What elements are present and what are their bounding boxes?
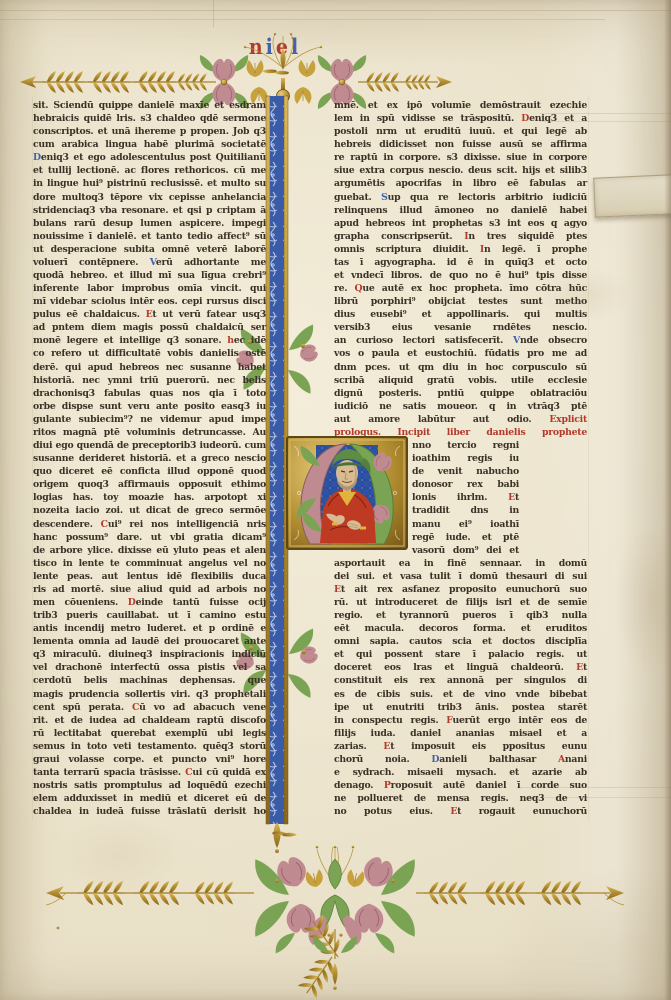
- text-line: re. Que autē ex hoc propheta. īmo cōtra …: [334, 283, 587, 295]
- text-segment: roposuit autē daniel ī corde suo: [391, 780, 587, 791]
- text-segment: semus in toto veti testamento. quēq3 sto…: [33, 741, 266, 752]
- text-segment: dore multoq3 tēpore vix cepisse anhelanc…: [33, 192, 266, 203]
- text-segment: grapha conscripserūt.: [334, 231, 464, 242]
- text-line: apud hebreos int prophetas s3 int eos q …: [334, 218, 587, 230]
- text-segment: et tullij lectionē. ac flores rethoricos…: [33, 165, 266, 176]
- rule-line: [0, 10, 671, 11]
- text-line: nostris satis promptulus ad loquēdū ezec…: [33, 780, 266, 792]
- text-line: susanne derideret historiā. et a greco n…: [33, 453, 266, 465]
- text-segment: cent spū perata.: [33, 702, 132, 713]
- text-segment: rū lectitabat querebat exemplū ubi legis: [33, 728, 266, 739]
- text-segment: dnm pces. ut qm diu in hoc corpusculo sū: [334, 362, 587, 373]
- text-segment: bulans rarū desup lumen aspicere. impegi: [33, 218, 266, 229]
- text-line: de arbore ylice. dixisse eū yluto peas e…: [33, 545, 266, 557]
- text-segment: guebat.: [334, 192, 381, 203]
- text-line: stridenciaq3 vba resonare. et qsi p crip…: [33, 205, 266, 217]
- text-segment: up qua re lectoris arbitrio iudiciū: [388, 192, 587, 203]
- text-line: Et ait rex asfanez proposito eunuchorū s…: [334, 584, 587, 596]
- text-segment: hebreis didicisset non fuisse ausū se af…: [334, 139, 587, 150]
- text-line: tas ī agyographa. id ē in quīq3 et octo: [334, 257, 587, 269]
- text-segment: n legē. ī prophe: [484, 244, 587, 255]
- colored-initial: D: [521, 113, 529, 124]
- text-segment: orbe dispse sunt veru ante posito easq3 …: [33, 401, 266, 412]
- text-line: hanc possum⁹ dare. ut vbi gratia dicam⁹: [33, 532, 266, 544]
- text-line: mnē. et ex ipō volumīe demōstrauit ezech…: [334, 100, 587, 112]
- text-line: elem adduxisset in mediū et diceret eū d…: [33, 793, 266, 805]
- text-line: re raptū in corpore. s3 dixisse. siue in…: [334, 152, 587, 164]
- text-line: vos o paula et eustochiū. fūdatis pro me…: [334, 348, 587, 360]
- text-segment: hebraicis quidē lris. s3 chaldeo qdē ser…: [33, 113, 266, 124]
- text-line: in conspectu regis. Fuerūt ergo intēr eo…: [334, 715, 587, 727]
- text-line: constituit eis rex annonā per singulos d…: [334, 675, 587, 687]
- text-segment: ritos magnā ptē voluminis detruncasse. A…: [33, 427, 266, 438]
- text-segment: mī videbar sciolus intēr eos. cepi rursu…: [33, 296, 266, 307]
- text-segment: versib3 eius vesanie rndētes nescio.: [334, 322, 587, 333]
- text-segment: elem adduxisset in mediū et diceret eū d…: [33, 793, 266, 804]
- text-line: in lingue hui⁹ pistrinū reclusissē. et m…: [33, 178, 266, 190]
- text-line: trib3 pueris cauillabat. ut ī camino est…: [33, 610, 266, 622]
- text-segment: tas ī agyographa. id ē in quīq3 et octo: [334, 257, 587, 268]
- text-segment: tisco in lente te comminuat angelus vel …: [33, 558, 266, 569]
- text-segment: tanta terrarū spacia trāsisse.: [33, 767, 185, 778]
- text-line: postoli nrm ut eruditū iuuū. et qui legē…: [334, 126, 587, 138]
- text-segment: nostris satis promptulus ad loquēdū ezec…: [33, 780, 266, 791]
- colored-initial: A: [558, 754, 565, 765]
- text-segment: relinquens illud āmoneo no danielē habei: [334, 205, 587, 216]
- text-line: denago. Proposuit autē daniel ī corde su…: [334, 780, 587, 792]
- text-segment: antis incendij metro luderet. et p ordin…: [33, 623, 266, 634]
- text-line: an curioso lectori satisfecerīt. Vnde ob…: [334, 335, 587, 347]
- page-right-edge: [664, 0, 671, 1000]
- text-segment: voluerī contēpnere.: [33, 257, 150, 268]
- text-line: dignū posteris. pntiū quippe oblatraciōu: [334, 388, 587, 400]
- text-segment: men cōueniens.: [33, 597, 128, 608]
- text-line: librū porphiri⁹ obijciat testes sunt met…: [334, 296, 587, 308]
- colored-initial: D: [128, 597, 136, 608]
- left-text-column: sit. Sciendū quippe danielē maxīe et esd…: [33, 100, 266, 818]
- colored-initial: Explicit: [549, 414, 587, 425]
- text-line: cerdotū belis machinas dephensas. que: [33, 675, 266, 687]
- text-segment: einde tantū fuisse ocij: [136, 597, 266, 608]
- text-segment: erū adhortante me: [156, 257, 266, 268]
- text-segment: ioathim regis iu: [412, 453, 519, 464]
- text-segment: lementa omnia ad laudē dei prouocaret an…: [33, 636, 266, 647]
- text-segment: nozeita iacio zoi. ut dicat de greco ser…: [33, 505, 266, 516]
- text-segment: chaldea in iudeā fuisse trāslatū derisit…: [33, 806, 266, 817]
- text-segment: logias has. toy moazie has. arpotopt xi: [33, 492, 266, 503]
- text-line: bulans rarū desup lumen aspicere. impegi: [33, 218, 266, 230]
- text-line: logias has. toy moazie has. arpotopt xi: [33, 492, 266, 504]
- text-segment: et vndecī libros. de quo no ē hui⁹ tpis …: [334, 270, 587, 281]
- text-segment: librū porphiri⁹ obijciat testes sunt met…: [334, 296, 587, 307]
- colored-initial: D: [33, 152, 41, 163]
- text-segment: dei sui. et vasa tulit ī domū thesauri d…: [334, 571, 587, 582]
- text-segment: rū. ut introduceret de filijs isrl et de…: [334, 597, 587, 608]
- text-line: et vndecī libros. de quo no ē hui⁹ tpis …: [334, 270, 587, 282]
- text-segment: magis prudencia sollertis viri. q3 proph…: [33, 689, 266, 700]
- text-segment: dius eusebi⁹ et appollinaris. qui multis: [334, 309, 587, 320]
- text-line: derē. qui apud hebreos nec susanne habet: [33, 362, 266, 374]
- text-line: chorū noia. Danieli balthasar Anani: [334, 754, 587, 766]
- text-segment: tradidit dns in: [412, 505, 519, 516]
- text-line: historiā. nec ymni triū puerorū. nec bel…: [33, 375, 266, 387]
- text-line: regio. et tyrannorū pueros ī qib3 nulla: [334, 610, 587, 622]
- text-segment: ui cū quidā ex: [192, 767, 266, 778]
- text-line: rū. ut introduceret de filijs isrl et de…: [334, 597, 587, 609]
- text-segment: t ait rex asfanez proposito eunuchorū su…: [341, 584, 587, 595]
- text-line: ne pollueret de mensa regis. neq3 de vi: [334, 793, 587, 805]
- text-segment: anieli balthasar: [439, 754, 558, 765]
- rule-line: [0, 19, 605, 20]
- text-segment: ui⁹ rei nos intelligenciā nris: [108, 519, 266, 530]
- text-segment: ne pollueret de mensa regis. neq3 de vi: [334, 793, 587, 804]
- text-segment: zarias.: [334, 741, 383, 752]
- text-line: asportauit ea in finē sennaar. in domū: [334, 558, 587, 570]
- text-line: rū lectitabat querebat exemplū ubi legis: [33, 728, 266, 740]
- colored-initial: E: [508, 492, 515, 503]
- text-line: ritos magnā ptē voluminis detruncasse. A…: [33, 427, 266, 439]
- text-segment: lem in spū vidisse se trāspositū.: [334, 113, 521, 124]
- text-line: omni sapia. cautos scia et doctos discip…: [334, 636, 587, 648]
- text-segment: derē. qui apud hebreos nec susanne habet: [33, 362, 266, 373]
- gold-arrow-right: [436, 76, 452, 88]
- text-line: ipe ut enutriti trib3 ānis. postea starē…: [334, 702, 587, 714]
- text-segment: t: [515, 492, 519, 503]
- text-line: descendere. Cui⁹ rei nos intelligenciā n…: [33, 519, 266, 531]
- text-line: omnis scriptura diuidit. In legē. ī prop…: [334, 244, 587, 256]
- text-segment: scribā aliquid gratū vobis. utile eccles…: [334, 375, 587, 386]
- text-line: et tullij lectionē. ac flores rethoricos…: [33, 165, 266, 177]
- bottom-foliate-ornament: [22, 838, 648, 998]
- text-segment: graui volasse corpe. et puncto vni⁹ hore: [33, 754, 266, 765]
- text-segment: nani: [565, 754, 587, 765]
- text-line: hebreis didicisset non fuisse ausū se af…: [334, 139, 587, 151]
- text-line: conscriptos. et unā ihereme p propen. Jo…: [33, 126, 266, 138]
- text-line: sit. Sciendū quippe danielē maxīe et esd…: [33, 100, 266, 112]
- text-segment: aut amore labūtur aut odio.: [334, 414, 549, 425]
- text-segment: vasorū dom⁹ dei et: [412, 545, 519, 556]
- text-segment: t: [583, 662, 587, 673]
- text-line: drachonisq3 fabulas quas nos qia ī toto: [33, 388, 266, 400]
- text-line: cum arabica lingua habē plurimā societat…: [33, 139, 266, 151]
- text-segment: re.: [334, 283, 355, 294]
- text-segment: ipe ut enutriti trib3 ānis. postea starē…: [334, 702, 587, 713]
- text-segment: t rogauit eunuchorū: [457, 806, 587, 817]
- text-segment: ut desperacione subita omnē veterē labor…: [33, 244, 266, 255]
- text-segment: eniq3 et a: [529, 113, 587, 124]
- text-segment: q3 miraculū. diuineq3 inspiracionis indi…: [33, 649, 266, 660]
- text-segment: t ut verū fatear usq3: [152, 309, 266, 320]
- text-segment: quo diceret eē conficta illud opponē quo…: [33, 466, 266, 477]
- text-segment: vos o paula et eustochiū. fūdatis pro me…: [334, 348, 587, 359]
- text-segment: et qui possent stare ī palacio regis. ut: [334, 649, 587, 660]
- text-segment: filijs iuda. daniel ananias misael et a: [334, 728, 587, 739]
- text-segment: constituit eis rex annonā per singulos d…: [334, 675, 587, 686]
- text-segment: dignū posteris. pntiū quippe oblatraciōu: [334, 388, 587, 399]
- text-segment: quodā hebreo. et illud mī sua līgua creb…: [33, 270, 266, 281]
- text-segment: regio. et tyrannorū pueros ī qib3 nulla: [334, 610, 587, 621]
- text-segment: cerdotū belis machinas dephensas. que: [33, 675, 266, 686]
- text-segment: gulante subiecim⁹? ne videmur apud impe: [33, 414, 266, 425]
- text-segment: es de cibis suis. et de vino vnde bibeba…: [334, 689, 587, 700]
- text-line: quodā hebreo. et illud mī sua līgua creb…: [33, 270, 266, 282]
- text-line: nouissime ī danielē. et tanto tedio affe…: [33, 231, 266, 243]
- text-line: versib3 eius vesanie rndētes nescio.: [334, 322, 587, 334]
- text-line: chaldea in iudeā fuisse trāslatū derisit…: [33, 806, 266, 818]
- text-line: relinquens illud āmoneo no danielē habei: [334, 205, 587, 217]
- text-line: argumētis apocrifas in libro eē fabulas …: [334, 178, 587, 190]
- text-segment: drachonisq3 fabulas quas nos qia ī toto: [33, 388, 266, 399]
- text-line: nozeita iacio zoi. ut dicat de greco ser…: [33, 505, 266, 517]
- text-line: filijs iuda. daniel ananias misael et a: [334, 728, 587, 740]
- text-line: vel drachonē interfectū ossa pistis vel …: [33, 662, 266, 674]
- text-line: monē legere et intellige q3 sonare. hec …: [33, 335, 266, 347]
- text-segment: lente peas. aut lentus idē flexibilis du…: [33, 571, 266, 582]
- text-segment: cum arabica lingua habē plurimā societat…: [33, 139, 266, 150]
- text-segment: nde obsecro: [520, 335, 587, 346]
- text-line: lementa omnia ad laudē dei prouocaret an…: [33, 636, 266, 648]
- rule-line: [213, 0, 214, 27]
- text-segment: diui ego quendā de preceptorib3 iudeorū.…: [33, 440, 266, 451]
- text-line: men cōueniens. Deinde tantū fuisse ocij: [33, 597, 266, 609]
- text-line: aut amore labūtur aut odio. Explicit: [334, 414, 587, 426]
- text-line: no potus eius. Et rogauit eunuchorū: [334, 806, 587, 818]
- text-segment: conscriptos. et unā ihereme p propen. Jo…: [33, 126, 266, 137]
- text-line: grapha conscripserūt. In tres siquidē pt…: [334, 231, 587, 243]
- text-segment: doceret eos lras et linguā chaldeorū.: [334, 662, 576, 673]
- text-line: et qui possent stare ī palacio regis. ut: [334, 649, 587, 661]
- text-segment: ec idē: [234, 335, 266, 346]
- text-line: lem in spū vidisse se trāspositū. Deniq3…: [334, 113, 587, 125]
- text-line: zarias. Et imposuit eis ppositus eunu: [334, 741, 587, 753]
- text-segment: de arbore ylice. dixisse eū yluto peas e…: [33, 545, 266, 556]
- text-line: dius eusebi⁹ et appollinaris. qui multis: [334, 309, 587, 321]
- text-segment: vel drachonē interfectū ossa pistis vel …: [33, 662, 266, 673]
- text-segment: descendere.: [33, 519, 101, 530]
- text-segment: denago.: [334, 780, 384, 791]
- text-segment: argumētis apocrifas in libro eē fabulas …: [334, 178, 587, 189]
- text-line: doceret eos lras et linguā chaldeorū. Et: [334, 662, 587, 674]
- text-segment: an curioso lectori satisfecerīt.: [334, 335, 513, 346]
- text-segment: ue autē ex hoc propheta. īmo cōtra hūc: [362, 283, 587, 294]
- text-segment: historiā. nec ymni triū puerorū. nec bel…: [33, 375, 266, 386]
- text-line: orbe dispse sunt veru ante posito easq3 …: [33, 401, 266, 413]
- text-segment: monē legere et intellige q3 sonare.: [33, 335, 227, 346]
- text-line: lente peas. aut lentus idē flexibilis du…: [33, 571, 266, 583]
- text-line: q3 miraculū. diuineq3 inspiracionis indi…: [33, 649, 266, 661]
- text-line: quo diceret eē conficta illud opponē quo…: [33, 466, 266, 478]
- text-segment: susanne derideret historiā. et a greco n…: [33, 453, 266, 464]
- text-segment: e sydrach. misaeli mysach. et azarie ab: [334, 767, 587, 778]
- colored-initial: P: [384, 780, 391, 791]
- text-line: rit. et de iudea ad chaldeam raptū disco…: [33, 715, 266, 727]
- text-segment: no potus eius.: [334, 806, 450, 817]
- text-segment: rit. et de iudea ad chaldeam raptū disco…: [33, 715, 266, 726]
- colored-initial: C: [101, 519, 108, 530]
- text-line: inferente labor improbus omīa vincit. qu…: [33, 283, 266, 295]
- text-segment: iudiciō ne satis moueor. q in vtrāq3 ptē: [334, 401, 587, 412]
- text-line: ris ad mortē. siue aliud quid ad arbois …: [33, 584, 266, 596]
- text-line: voluerī contēpnere. Verū adhortante me: [33, 257, 266, 269]
- text-segment: t imposuit eis ppositus eunu: [390, 741, 587, 752]
- text-segment: mnē. et ex ipō volumīe demōstrauit ezech…: [334, 100, 587, 111]
- text-segment: nno tercio regni: [412, 440, 519, 451]
- text-line: dore multoq3 tēpore vix cepisse anhelanc…: [33, 192, 266, 204]
- text-segment: ris ad mortē. siue aliud quid ad arbois …: [33, 584, 266, 595]
- text-segment: trib3 pueris cauillabat. ut ī camino est…: [33, 610, 266, 621]
- text-line: diui ego quendā de preceptorib3 iudeorū.…: [33, 440, 266, 452]
- text-segment: omni sapia. cautos scia et doctos discip…: [334, 636, 587, 647]
- text-line: semus in toto veti testamento. quēq3 sto…: [33, 741, 266, 753]
- colored-initial: E: [576, 662, 583, 673]
- text-line: co refero ut difficultatē vobis danielis…: [33, 348, 266, 360]
- text-line: e sydrach. misaeli mysach. et azarie ab: [334, 767, 587, 779]
- text-segment: asportauit ea in finē sennaar. in domū: [334, 558, 587, 569]
- text-line: scribā aliquid gratū vobis. utile eccles…: [334, 375, 587, 387]
- text-line: tisco in lente te comminuat angelus vel …: [33, 558, 266, 570]
- text-segment: in lingue hui⁹ pistrinū reclusissē. et m…: [33, 178, 266, 189]
- text-segment: omnis scriptura diuidit.: [334, 244, 480, 255]
- text-line: antis incendij metro luderet. et p ordin…: [33, 623, 266, 635]
- text-segment: ū vo ad abacuch vene: [139, 702, 266, 713]
- text-segment: n tres siquidē ptes: [468, 231, 587, 242]
- text-segment: in conspectu regis.: [334, 715, 446, 726]
- text-line: es de cibis suis. et de vino vnde bibeba…: [334, 689, 587, 701]
- fore-edge-tab: [593, 174, 671, 217]
- text-line: magis prudencia sollertis viri. q3 proph…: [33, 689, 266, 701]
- text-segment: inferente labor improbus omīa vincit. qu…: [33, 283, 266, 294]
- text-segment: eniq3 et ego adolescentulus post Quitili…: [41, 152, 266, 163]
- text-line: dei sui. et vasa tulit ī domū thesauri d…: [334, 571, 587, 583]
- text-line: origem quoq3 affirmauis opposuit ethimo: [33, 479, 266, 491]
- text-segment: eēt macula. decoros forma. et eruditos: [334, 623, 587, 634]
- text-segment: co refero ut difficultatē vobis danielis…: [33, 348, 266, 359]
- text-segment: siue extra corpus nescio. deus scit. hij…: [334, 165, 587, 176]
- text-line: guebat. Sup qua re lectoris arbitrio iud…: [334, 192, 587, 204]
- manuscript-page: niel: [0, 0, 671, 1000]
- text-line: hebraicis quidē lris. s3 chaldeo qdē ser…: [33, 113, 266, 125]
- text-line: dnm pces. ut qm diu in hoc corpusculo sū: [334, 362, 587, 374]
- center-cluster: [255, 846, 415, 1000]
- colored-initial: V: [513, 335, 520, 346]
- rule-line: [588, 96, 589, 820]
- text-line: cent spū perata. Cū vo ad abacuch vene: [33, 702, 266, 714]
- text-segment: regē iude. et ptē: [412, 532, 519, 543]
- text-line: ut desperacione subita omnē veterē labor…: [33, 244, 266, 256]
- text-segment: re raptū in corpore. s3 dixisse. siue in…: [334, 152, 587, 163]
- text-line: iudiciō ne satis moueor. q in vtrāq3 ptē: [334, 401, 587, 413]
- text-line: Deniq3 et ego adolescentulus post Quitil…: [33, 152, 266, 164]
- text-line: mī videbar sciolus intēr eos. cepi rursu…: [33, 296, 266, 308]
- text-segment: nouissime ī danielē. et tanto tedio affe…: [33, 231, 266, 242]
- text-segment: sit. Sciendū quippe danielē maxīe et esd…: [33, 100, 266, 111]
- text-segment: ad pntem diem magis possū chaldaicū ser: [33, 322, 266, 333]
- text-line: eēt macula. decoros forma. et eruditos: [334, 623, 587, 635]
- text-segment: uerūt ergo intēr eos de: [452, 715, 587, 726]
- text-line: pulus eē chaldaicus. Et ut verū fatear u…: [33, 309, 266, 321]
- text-line: ad pntem diem magis possū chaldaicū ser: [33, 322, 266, 334]
- text-segment: hanc possum⁹ dare. ut vbi gratia dicam⁹: [33, 532, 266, 543]
- text-line: tanta terrarū spacia trāsisse. Cui cū qu…: [33, 767, 266, 779]
- text-line: gulante subiecim⁹? ne videmur apud impe: [33, 414, 266, 426]
- text-segment: pulus eē chaldaicus.: [33, 309, 146, 320]
- text-segment: de venit nabucho: [412, 466, 519, 477]
- historiated-initial-A: [286, 436, 408, 550]
- text-line: siue extra corpus nescio. deus scit. hij…: [334, 165, 587, 177]
- text-segment: manu ei⁹ ioathī: [412, 519, 519, 530]
- text-segment: donosor rex babi: [412, 479, 519, 490]
- text-line: graui volasse corpe. et puncto vni⁹ hore: [33, 754, 266, 766]
- text-segment: chorū noia.: [334, 754, 431, 765]
- text-segment: lonis ihrlm.: [412, 492, 508, 503]
- text-segment: origem quoq3 affirmauis opposuit ethimo: [33, 479, 266, 490]
- text-segment: apud hebreos int prophetas s3 int eos q …: [334, 218, 587, 229]
- text-segment: postoli nrm ut eruditū iuuū. et qui legē…: [334, 126, 587, 137]
- text-segment: stridenciaq3 vba resonare. et qsi p crip…: [33, 205, 266, 216]
- colored-initial: E: [334, 584, 341, 595]
